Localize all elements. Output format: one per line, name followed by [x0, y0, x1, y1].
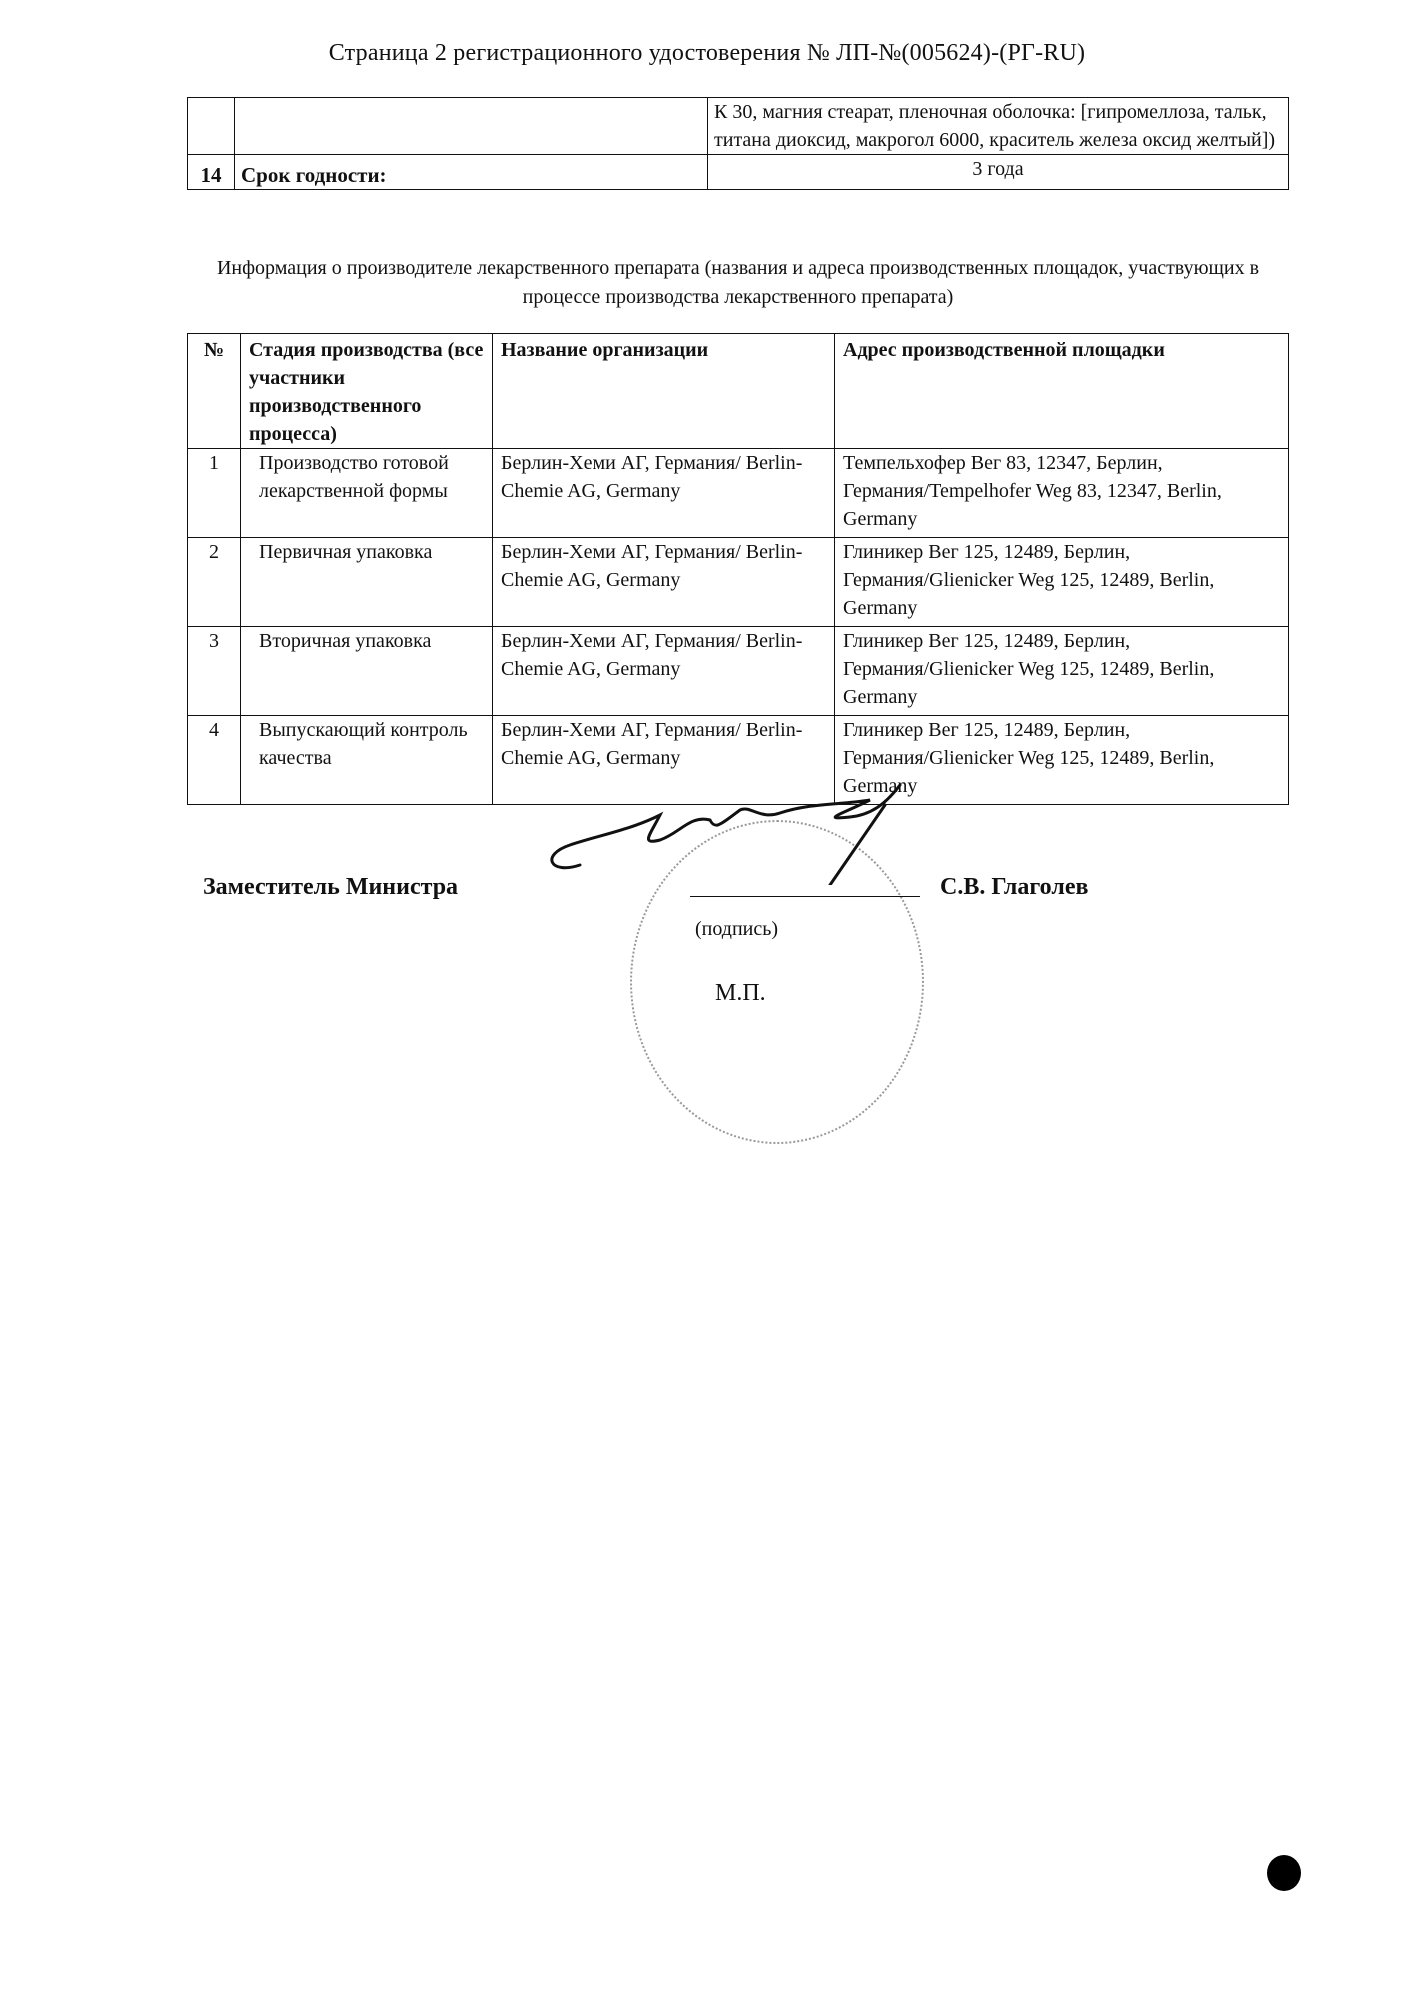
row-number: 14 [188, 155, 235, 190]
row-number [188, 98, 235, 155]
cell-stage: Производство готовой лекарственной формы [241, 449, 493, 538]
cell-address: Темпельхофер Вег 83, 12347, Берлин, Герм… [835, 449, 1289, 538]
cell-address: Глиникер Вег 125, 12489, Берлин, Германи… [835, 538, 1289, 627]
table-header-row: № Стадия производства (все участники про… [188, 334, 1289, 449]
manufacturer-table: № Стадия производства (все участники про… [187, 333, 1289, 805]
cell-stage: Первичная упаковка [241, 538, 493, 627]
row-value: К 30, магния стеарат, пленочная оболочка… [708, 98, 1289, 155]
table-row: 3 Вторичная упаковка Берлин-Хеми АГ, Гер… [188, 627, 1289, 716]
cell-number: 2 [188, 538, 241, 627]
cell-number: 1 [188, 449, 241, 538]
signatory-name: С.В. Глаголев [940, 874, 1088, 901]
row-label [235, 98, 708, 155]
cell-stage: Выпускающий контроль качества [241, 716, 493, 805]
table-row: 1 Производство готовой лекарственной фор… [188, 449, 1289, 538]
column-header-number: № [188, 334, 241, 449]
page-title: Страница 2 регистрационного удостоверени… [0, 40, 1414, 67]
cell-organization: Берлин-Хеми АГ, Германия/ Berlin-Chemie … [493, 627, 835, 716]
cell-number: 3 [188, 627, 241, 716]
page-marker-dot-icon [1267, 1855, 1301, 1891]
stamp-label: М.П. [715, 980, 766, 1007]
handwritten-signature [540, 775, 930, 885]
row-value: 3 года [708, 155, 1289, 190]
column-header-stage: Стадия производства (все участники произ… [241, 334, 493, 449]
signatory-role: Заместитель Министра [203, 874, 458, 901]
composition-table: К 30, магния стеарат, пленочная оболочка… [187, 97, 1289, 190]
signature-block: Заместитель Министра С.В. Глаголев (подп… [0, 860, 1414, 1080]
cell-address: Глиникер Вег 125, 12489, Берлин, Германи… [835, 627, 1289, 716]
cell-number: 4 [188, 716, 241, 805]
table-row: 2 Первичная упаковка Берлин-Хеми АГ, Гер… [188, 538, 1289, 627]
row-label: Срок годности: [235, 155, 708, 190]
cell-stage: Вторичная упаковка [241, 627, 493, 716]
table-row: К 30, магния стеарат, пленочная оболочка… [188, 98, 1289, 155]
signature-line [690, 896, 920, 897]
table-row: 14 Срок годности: 3 года [188, 155, 1289, 190]
cell-organization: Берлин-Хеми АГ, Германия/ Berlin-Chemie … [493, 449, 835, 538]
column-header-address: Адрес производственной площадки [835, 334, 1289, 449]
signature-caption: (подпись) [695, 918, 778, 941]
cell-organization: Берлин-Хеми АГ, Германия/ Berlin-Chemie … [493, 538, 835, 627]
manufacturer-info-heading: Информация о производителе лекарственног… [187, 254, 1289, 312]
column-header-organization: Название организации [493, 334, 835, 449]
